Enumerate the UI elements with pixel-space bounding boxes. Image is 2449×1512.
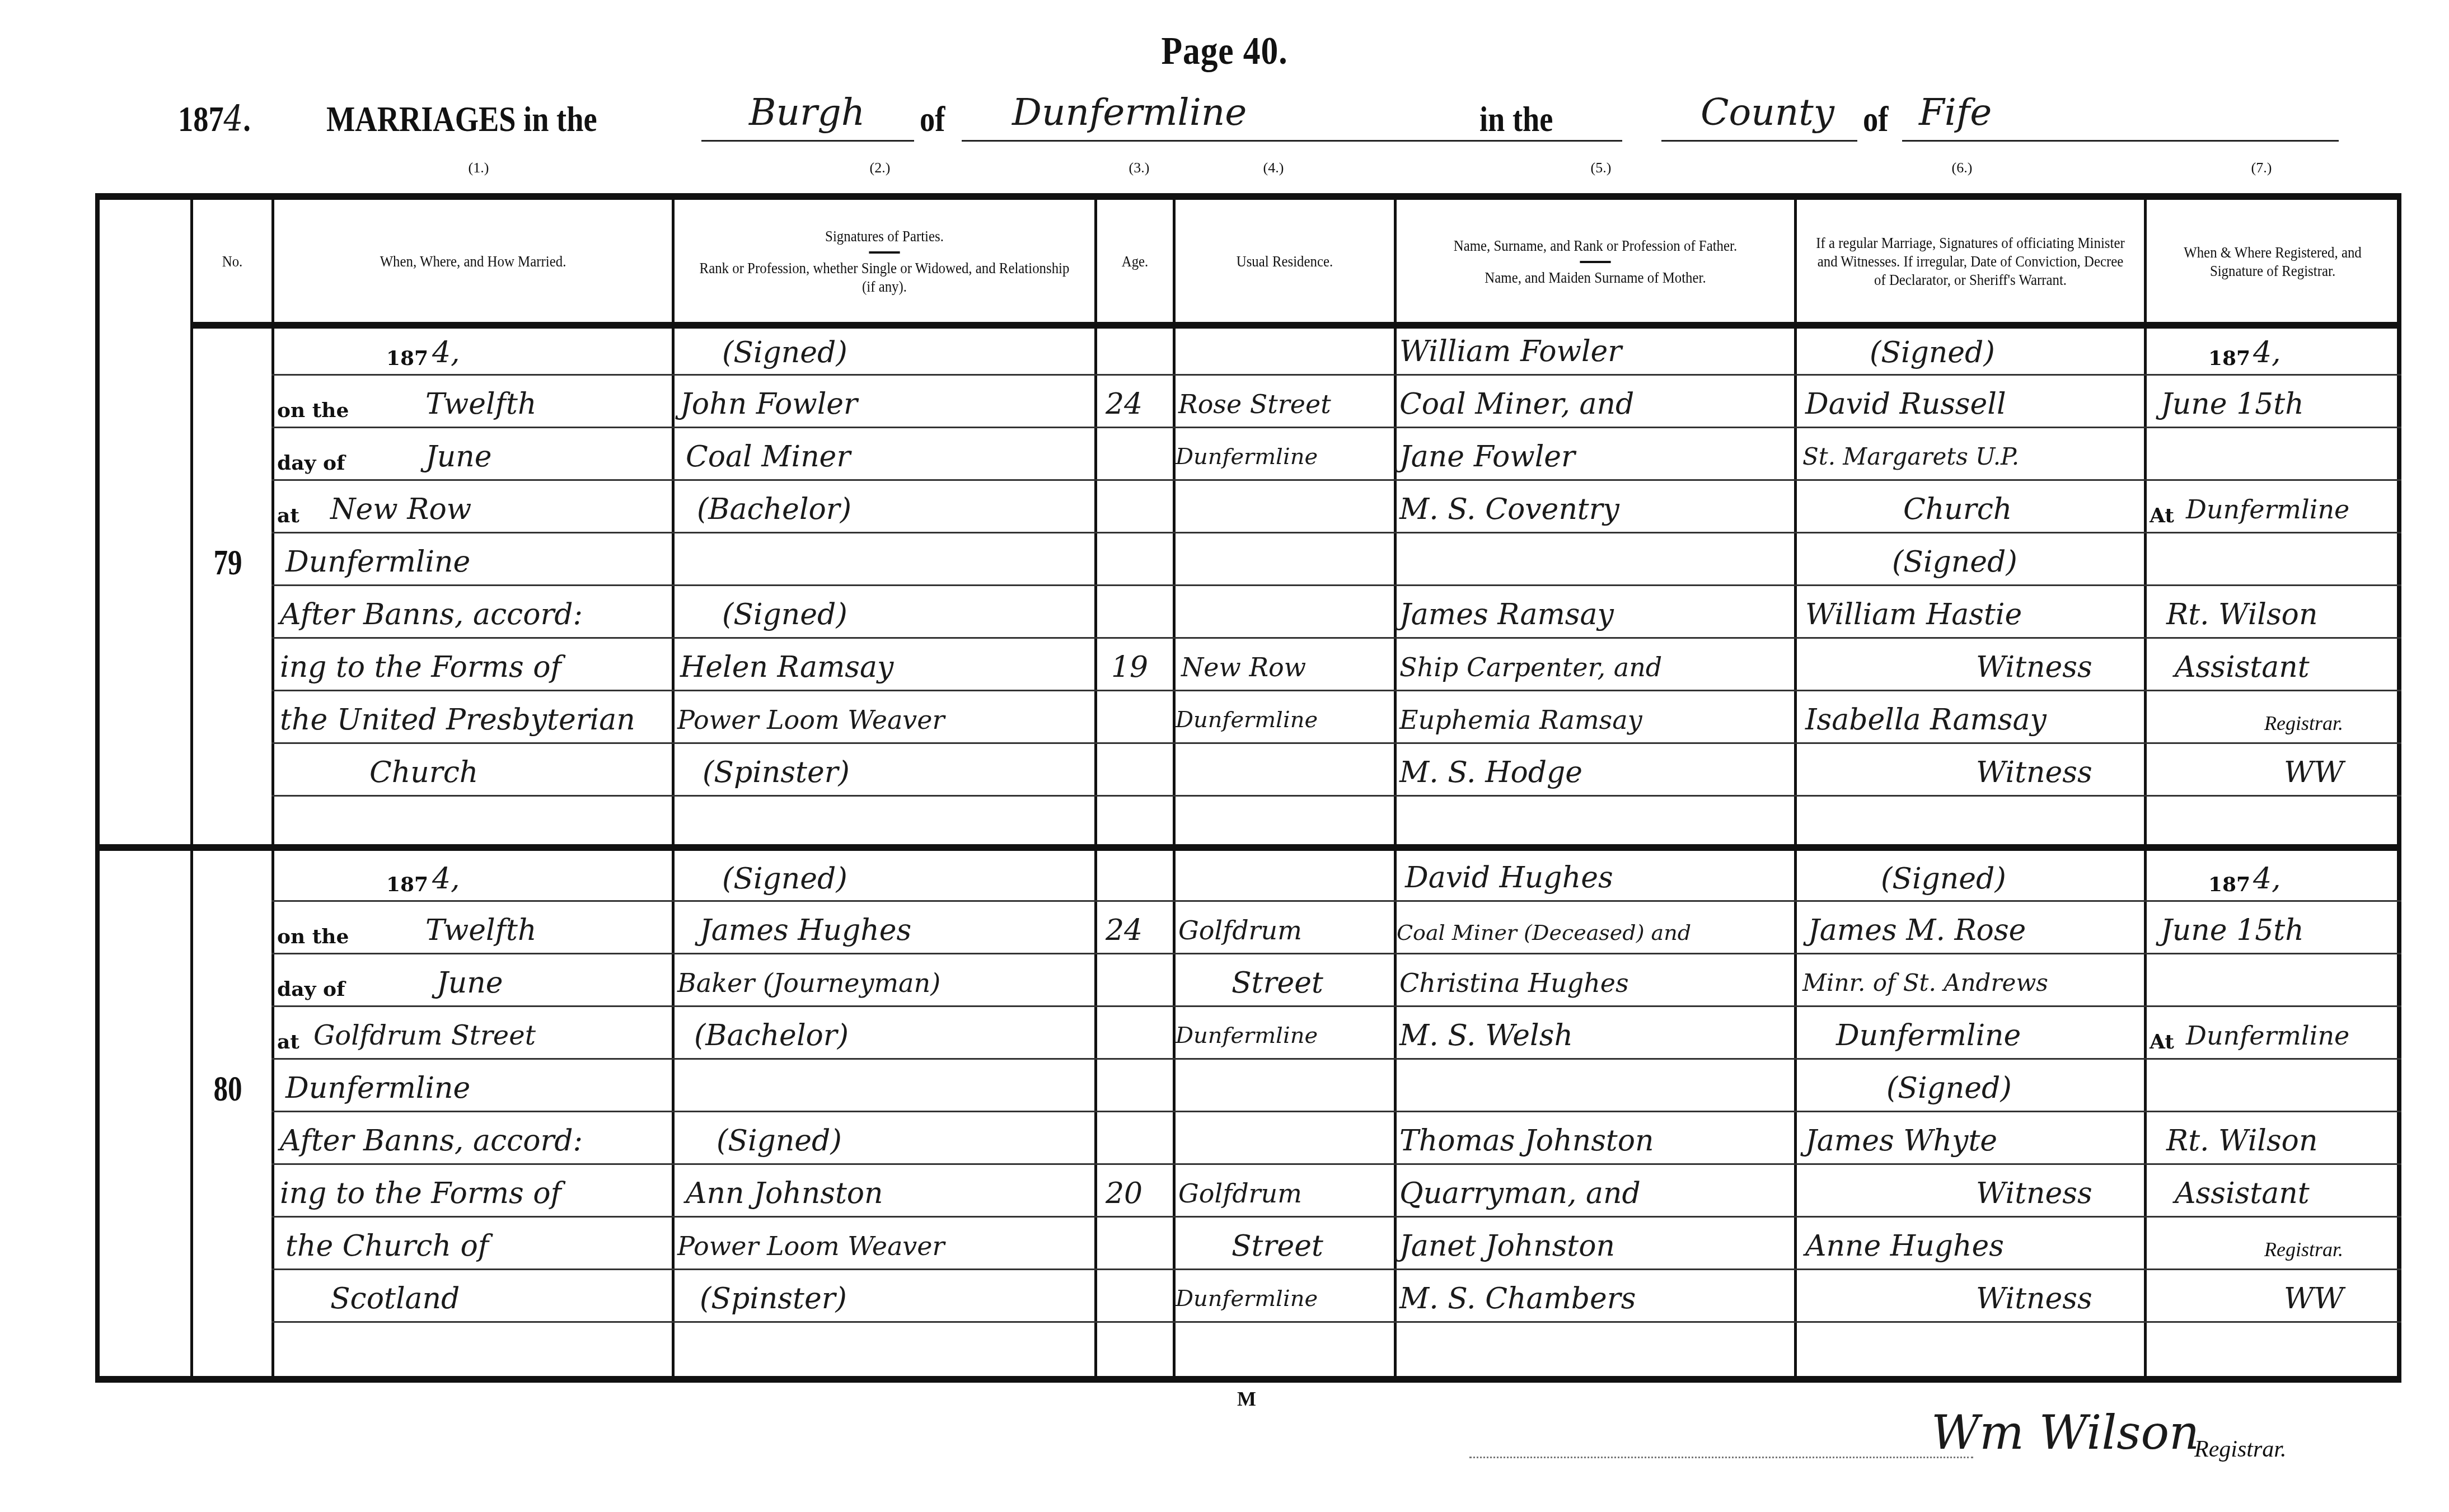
registrar-signature: Wm Wilson: [1931, 1405, 2199, 1460]
groom-rank: Coal Miner: [686, 440, 850, 474]
title-in-the-label: in the: [1479, 99, 1553, 140]
row-rule: [271, 1268, 2401, 1270]
groom-mother-maiden: M. S. Welsh: [1399, 1019, 1573, 1052]
row-rule: [271, 1058, 2401, 1060]
row-rule: [271, 690, 2401, 691]
row-rule: [271, 427, 2401, 428]
groom-residence-line: Dunfermline: [1176, 440, 1318, 474]
bride-residence-line: Dunfermline: [1176, 703, 1318, 737]
bride-signed: (Signed): [722, 598, 847, 631]
column-rule: [1794, 193, 1797, 1383]
groom-signed: (Signed): [722, 862, 847, 896]
marriage-town: Dunfermline: [285, 1071, 470, 1105]
column-rule: [672, 193, 675, 1383]
marriage-day: Twelfth: [425, 387, 536, 421]
groom-name: John Fowler: [680, 387, 858, 421]
title-year-prefix: 187: [178, 99, 224, 139]
column-number-1: (1.): [469, 160, 489, 176]
registered-place: Dunfermline: [2186, 1019, 2349, 1052]
header-signatures-bottom: Rank or Profession, whether Single or Wi…: [700, 260, 1070, 295]
column-number-6: (6.): [1952, 160, 1973, 176]
row-rule: [271, 1005, 2401, 1007]
registered-place: Dunfermline: [2186, 493, 2349, 526]
bride-father-rank: Quarryman, and: [1399, 1177, 1641, 1210]
bride-residence-line: Golfdrum: [1178, 1177, 1302, 1210]
row-rule: [271, 1163, 2401, 1165]
groom-mother: Jane Fowler: [1399, 440, 1575, 474]
witness-name: Anne Hughes: [1805, 1229, 2004, 1263]
column-rule: [1173, 193, 1176, 1383]
column-rule: [190, 193, 193, 1383]
bride-father-rank: Ship Carpenter, and: [1399, 650, 1662, 684]
witness-signed: (Signed): [1886, 1071, 2012, 1105]
minister-signed: (Signed): [1870, 336, 1995, 369]
marriage-month: June: [437, 966, 503, 1000]
bride-residence-line: Street: [1231, 1229, 1323, 1263]
column-number-3: (3.): [1129, 160, 1150, 176]
minister-town: Dunfermline: [1836, 1019, 2021, 1052]
registered-at-label: At: [2150, 499, 2174, 532]
groom-father: David Hughes: [1405, 861, 1613, 895]
column-rule: [1094, 193, 1097, 1383]
row-rule: [271, 742, 2401, 744]
row-rule: [271, 374, 2401, 376]
row-rule: [271, 637, 2401, 639]
groom-signed: (Signed): [722, 336, 847, 369]
groom-father: William Fowler: [1399, 335, 1622, 368]
row-rule: [271, 584, 2401, 586]
bride-mother-maiden: M. S. Hodge: [1399, 756, 1582, 789]
column-number-5: (5.): [1591, 160, 1612, 176]
bride-status: (Spinster): [703, 756, 850, 789]
column-numbers: (1.) (2.) (3.) (4.) (5.) (6.) (7.): [0, 160, 2449, 182]
bride-signed: (Signed): [717, 1124, 842, 1158]
groom-name: James Hughes: [700, 914, 911, 947]
year-label: 187: [386, 341, 428, 375]
bride-mother: Euphemia Ramsay: [1399, 703, 1642, 737]
registered-year-digit: 4,: [2253, 862, 2281, 896]
row-rule: [271, 1321, 2401, 1323]
header-residence: Usual Residence.: [1184, 202, 1385, 322]
marriage-place: Golfdrum Street: [313, 1019, 536, 1052]
row-rule: [271, 1111, 2401, 1112]
bride-age: 20: [1106, 1177, 1142, 1210]
assistant-registrar-role: Assistant: [2175, 1177, 2310, 1210]
minister-name: James M. Rose: [1808, 914, 2026, 947]
header-minister: If a regular Marriage, Signatures of off…: [1811, 202, 2130, 322]
marriage-how-line: the Church of: [285, 1229, 489, 1263]
county-type: County: [1701, 91, 1834, 134]
assistant-registrar-signature: Rt. Wilson: [2166, 598, 2317, 631]
column-rule: [2144, 193, 2147, 1383]
groom-mother: Christina Hughes: [1399, 966, 1629, 1000]
entry-number: 79: [213, 546, 242, 579]
header-no: No.: [196, 202, 269, 322]
county-type-underline: [1661, 140, 1857, 142]
marriage-place: New Row: [330, 493, 471, 526]
groom-father-rank: Coal Miner (Deceased) and: [1397, 916, 1691, 949]
groom-residence-line: Golfdrum: [1178, 914, 1302, 947]
groom-status: (Bachelor): [694, 1019, 849, 1052]
column-number-2: (2.): [870, 160, 891, 176]
header-divider: [869, 251, 900, 254]
minister-church-line: Church: [1903, 493, 2012, 526]
page-number: Page 40.: [147, 29, 2302, 74]
witness-label: Witness: [1976, 650, 2092, 684]
header-divider: [1580, 261, 1610, 263]
column-rule: [271, 193, 274, 1383]
district-name-underline: [962, 140, 1622, 142]
title-year-suffix: 4: [224, 99, 244, 140]
header-registered: When & Where Registered, and Signature o…: [2157, 202, 2389, 322]
bride-rank: Power Loom Weaver: [677, 703, 945, 737]
marriage-how-line: After Banns, accord:: [280, 1124, 583, 1158]
row-rule: [271, 900, 2401, 902]
on-the-label: on the: [277, 920, 349, 953]
bride-father: James Ramsay: [1399, 598, 1614, 631]
header-mother: Name, and Maiden Surname of Mother.: [1485, 269, 1706, 286]
minister-church: Minr. of St. Andrews: [1802, 966, 2048, 1000]
registrar-label: Registrar.: [2264, 1233, 2343, 1266]
registered-year-digit: 4,: [2253, 336, 2281, 369]
groom-rank: Baker (Journeyman): [677, 966, 940, 1000]
bride-mother-maiden: M. S. Chambers: [1399, 1282, 1636, 1316]
column-number-7: (7.): [2251, 160, 2272, 176]
county-name: Fife: [1919, 91, 1992, 134]
witness-signed: (Signed): [1892, 545, 2017, 579]
row-rule: [271, 795, 2401, 797]
row-rule: [271, 953, 2401, 954]
registered-year-label: 187: [2208, 341, 2250, 375]
groom-residence-line: Street: [1231, 966, 1323, 1000]
registered-date: June 15th: [2161, 914, 2304, 947]
header-signatures: Signatures of Parties.Rank or Profession…: [691, 202, 1078, 322]
title-year: 1874.: [178, 99, 251, 140]
title-of-label-2: of: [1863, 99, 1888, 140]
day-of-label: day of: [277, 446, 345, 480]
title-marriages-label: MARRIAGES in the: [326, 99, 597, 140]
groom-residence-line: Rose Street: [1178, 387, 1331, 421]
minister-name: David Russell: [1805, 387, 2006, 421]
row-rule: [271, 479, 2401, 481]
header-when-where: When, Where, and How Married.: [290, 202, 655, 322]
registrar-label: Registrar.: [2264, 706, 2343, 740]
registrar-initials: WW: [2284, 756, 2344, 789]
groom-father-rank: Coal Miner, and: [1399, 387, 1634, 421]
witness-label: Witness: [1976, 756, 2092, 789]
registrar-footer-label: Registrar.: [2194, 1436, 2287, 1463]
row-rule: [271, 532, 2401, 533]
signature-line: [1469, 1457, 1973, 1458]
witness-label: Witness: [1976, 1177, 2092, 1210]
registered-date: June 15th: [2161, 387, 2304, 421]
bride-name: Helen Ramsay: [680, 650, 893, 684]
marriage-town: Dunfermline: [285, 545, 470, 579]
witness-name: James Whyte: [1805, 1124, 1997, 1158]
entry-separator-rule: [95, 844, 2401, 851]
groom-mother-maiden: M. S. Coventry: [1399, 493, 1619, 526]
groom-age: 24: [1106, 914, 1142, 947]
year-label: 187: [386, 868, 428, 901]
header-parents: Name, Surname, and Rank or Profession of…: [1412, 202, 1778, 322]
groom-age: 24: [1106, 387, 1142, 421]
header-age: Age.: [1100, 202, 1169, 322]
district-name: Dunfermline: [1012, 91, 1247, 134]
year-digit: 4,: [432, 336, 460, 369]
registrar-initials: WW: [2284, 1282, 2344, 1316]
on-the-label: on the: [277, 394, 349, 427]
register-title-line: 1874. MARRIAGES in the Burgh of Dunferml…: [178, 88, 2361, 144]
groom-status: (Bachelor): [697, 493, 851, 526]
groom-residence-line: Dunfermline: [1176, 1019, 1318, 1052]
bride-rank: Power Loom Weaver: [677, 1229, 945, 1263]
minister-signed: (Signed): [1881, 862, 2006, 896]
assistant-registrar-role: Assistant: [2175, 650, 2310, 684]
column-rule: [1394, 193, 1397, 1383]
bride-mother: Janet Johnston: [1399, 1229, 1615, 1263]
registered-year-label: 187: [2208, 868, 2250, 901]
marriage-how-line: Church: [369, 756, 478, 789]
witness-label: Witness: [1976, 1282, 2092, 1316]
year-digit: 4,: [432, 862, 460, 896]
at-label: at: [277, 499, 299, 532]
witness-name: William Hastie: [1805, 598, 2022, 631]
title-of-label-1: of: [920, 99, 945, 140]
header-father: Name, Surname, and Rank or Profession of…: [1454, 237, 1737, 254]
bride-residence-line: New Row: [1181, 650, 1306, 684]
registered-at-label: At: [2150, 1025, 2174, 1059]
column-number-4: (4.): [1263, 160, 1284, 176]
minister-church: St. Margarets U.P.: [1802, 440, 2019, 474]
marriage-how-line: ing to the Forms of: [280, 650, 561, 684]
marriage-how-line: the United Presbyterian: [280, 703, 635, 737]
row-rule: [271, 1216, 2401, 1218]
at-label: at: [277, 1025, 299, 1059]
header-signatures-top: Signatures of Parties.: [825, 228, 944, 245]
bride-age: 19: [1111, 650, 1148, 684]
bride-name: Ann Johnston: [686, 1177, 883, 1210]
bride-residence-line: Dunfermline: [1176, 1282, 1318, 1316]
entry-number: 80: [213, 1072, 242, 1106]
county-name-underline: [1902, 140, 2339, 142]
marriage-month: June: [425, 440, 492, 474]
district-type: Burgh: [749, 91, 865, 134]
sheet-mark: M: [1237, 1387, 1256, 1411]
day-of-label: day of: [277, 972, 345, 1006]
marriage-how-line: ing to the Forms of: [280, 1177, 561, 1210]
marriage-how-line: Scotland: [330, 1282, 460, 1316]
header-bottom-rule: [190, 322, 2401, 329]
bride-father: Thomas Johnston: [1399, 1124, 1654, 1158]
marriage-day: Twelfth: [425, 914, 536, 947]
witness-name: Isabella Ramsay: [1805, 703, 2047, 737]
district-type-underline: [701, 140, 914, 142]
assistant-registrar-signature: Rt. Wilson: [2166, 1124, 2317, 1158]
marriage-how-line: After Banns, accord:: [280, 598, 583, 631]
bride-status: (Spinster): [700, 1282, 847, 1316]
